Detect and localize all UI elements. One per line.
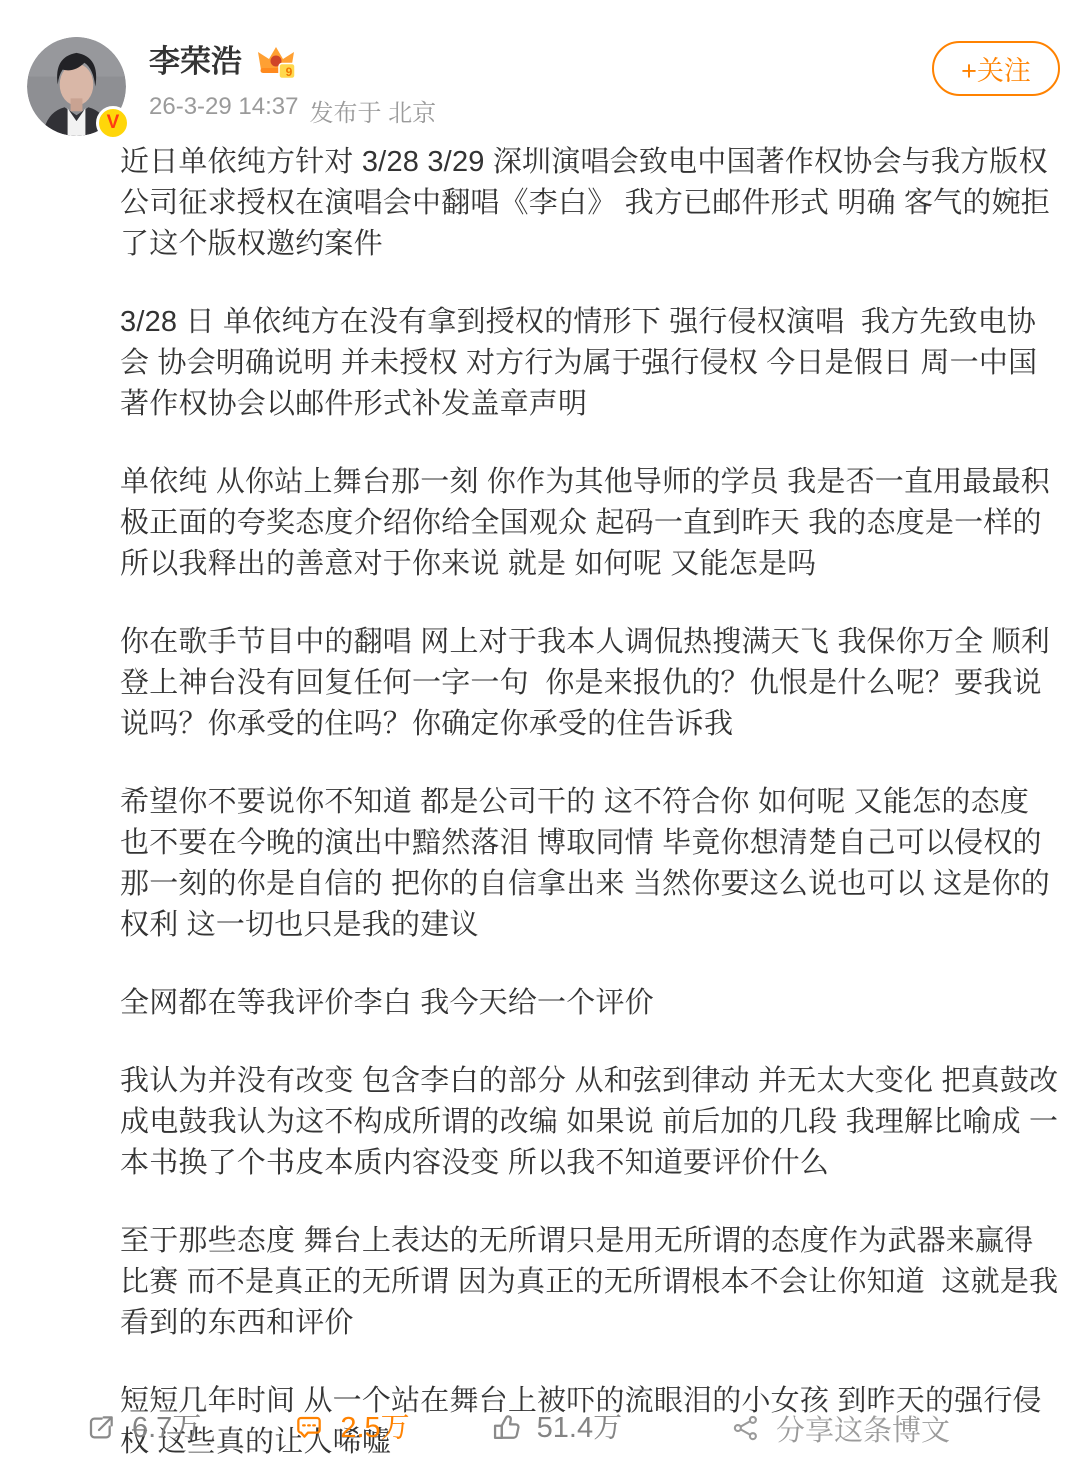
post-paragraph: 单依纯 从你站上舞台那一刻 你作为其他导师的学员 我是否一直用最最积极正面的夸奖… <box>120 462 1062 585</box>
comment-count: 2.5万 <box>340 1414 409 1443</box>
comment-button[interactable]: 2.5万 <box>293 1412 409 1444</box>
comment-icon <box>293 1412 325 1444</box>
vip-crown-icon: 9 <box>254 43 298 80</box>
name-row: 李荣浩 9 <box>149 43 932 80</box>
post-paragraph: 至于那些态度 舞台上表达的无所谓只是用无所谓的态度作为武器来赢得比赛 而不是真正… <box>120 1221 1062 1344</box>
verified-letter: V <box>107 112 120 134</box>
post-paragraph: 我认为并没有改变 包含李白的部分 从和弦到律动 并无太大变化 把真鼓改成电鼓我认… <box>120 1061 1062 1184</box>
weibo-post-page: V 李荣浩 9 26-3-29 14:37 发布于 北京 <box>0 0 1080 1463</box>
post-meta: 26-3-29 14:37 发布于 北京 <box>149 93 932 128</box>
verified-icon: V <box>96 106 130 140</box>
timestamp: 26-3-29 14:37 <box>149 93 298 128</box>
share-icon <box>731 1413 761 1443</box>
vip-level-number: 9 <box>281 65 297 80</box>
like-count: 51.4万 <box>537 1414 622 1443</box>
post-source: 发布于 北京 <box>309 93 436 128</box>
thumbs-up-icon <box>490 1412 522 1444</box>
repost-icon <box>85 1412 117 1444</box>
avatar[interactable]: V <box>27 37 126 136</box>
post-header: V 李荣浩 9 26-3-29 14:37 发布于 北京 <box>0 0 1080 136</box>
repost-count: 6.7万 <box>132 1414 201 1443</box>
username[interactable]: 李荣浩 <box>149 44 242 80</box>
post-paragraph: 希望你不要说你不知道 都是公司干的 这不符合你 如何呢 又能怎的态度 也不要在今… <box>120 782 1062 946</box>
action-bar: 6.7万 2.5万 51.4万 分享这条博文 <box>85 1403 950 1453</box>
header-info: 李荣浩 9 26-3-29 14:37 发布于 北京 <box>149 37 932 128</box>
post-paragraph: 近日单依纯方针对 3/28 3/29 深圳演唱会致电中国著作权协会与我方版权公司… <box>120 142 1062 265</box>
share-button[interactable]: 分享这条博文 <box>731 1408 950 1449</box>
post-paragraph: 你在歌手节目中的翻唱 网上对于我本人调侃热搜满天飞 我保你万全 顺利登上神台没有… <box>120 622 1062 745</box>
share-label: 分享这条博文 <box>776 1408 950 1449</box>
post-paragraph: 全网都在等我评价李白 我今天给一个评价 <box>120 983 1062 1024</box>
like-button[interactable]: 51.4万 <box>490 1412 622 1444</box>
repost-button[interactable]: 6.7万 <box>85 1412 201 1444</box>
follow-button[interactable]: +关注 <box>932 41 1060 96</box>
post-paragraph: 3/28 日 单依纯方在没有拿到授权的情形下 强行侵权演唱 我方先致电协会 协会… <box>120 302 1062 425</box>
post-content: 近日单依纯方针对 3/28 3/29 深圳演唱会致电中国著作权协会与我方版权公司… <box>120 142 1062 1463</box>
